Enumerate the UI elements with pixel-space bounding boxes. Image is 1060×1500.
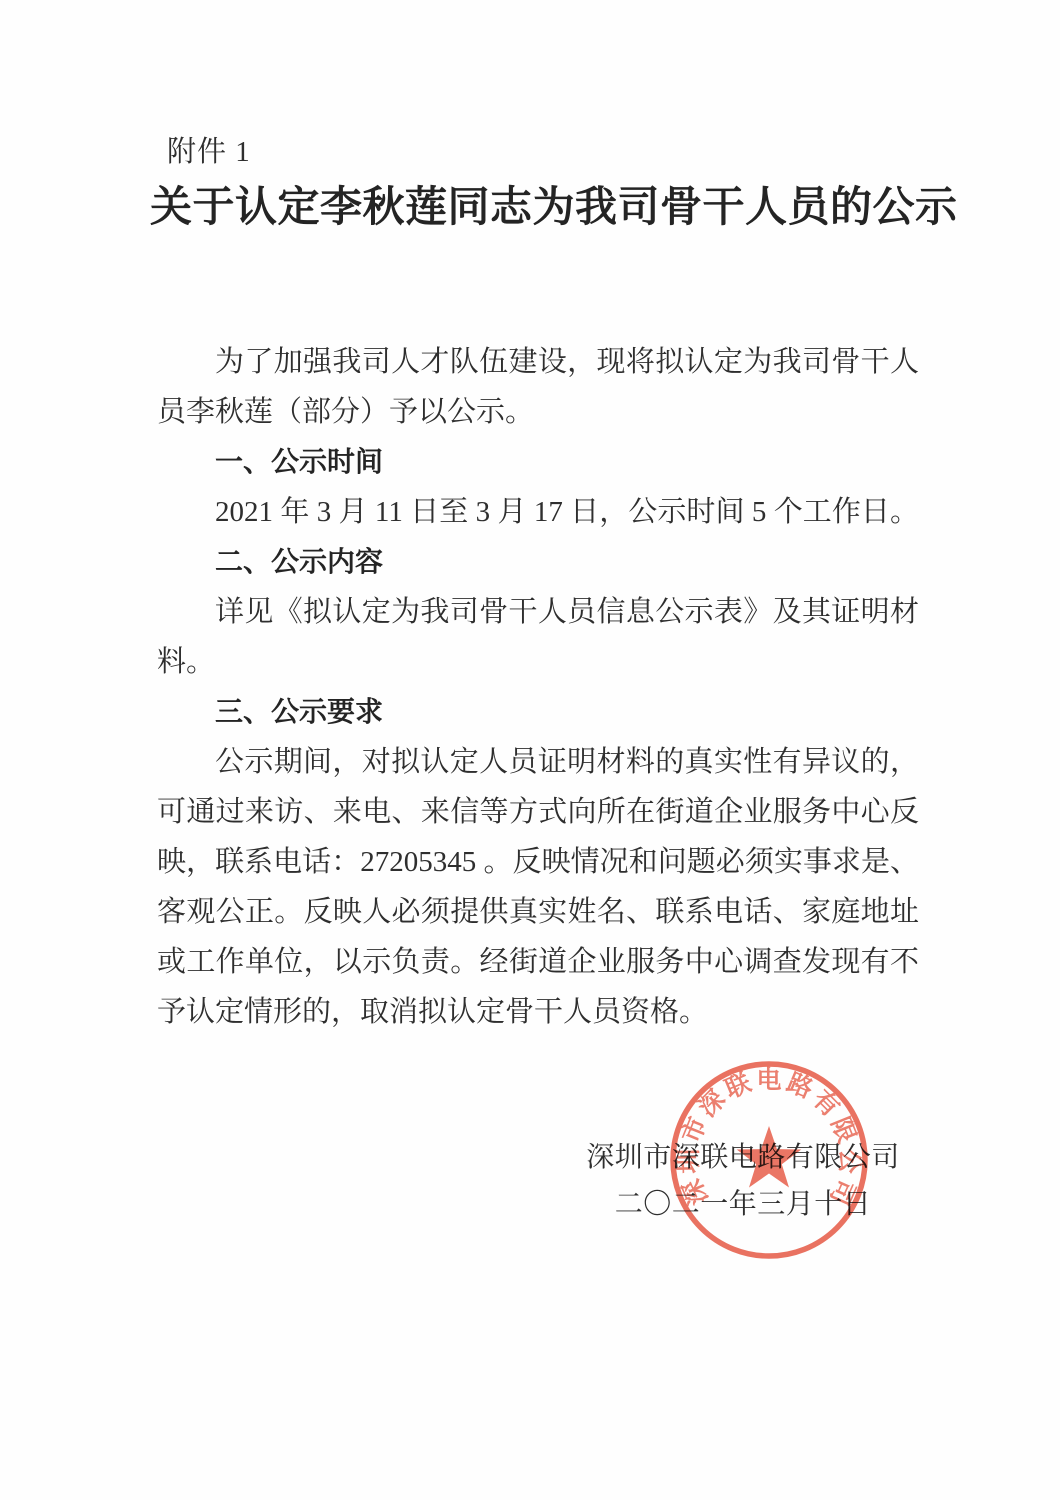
document-page: 附件 1 关于认定李秋莲同志为我司骨干人员的公示 为了加强我司人才队伍建设，现将…: [0, 0, 1060, 1500]
body-line: 公示期间，对拟认定人员证明材料的真实性有异议的，: [157, 737, 919, 787]
body-line: 料。: [157, 637, 919, 687]
body-line: 2021 年 3 月 11 日至 3 月 17 日，公示时间 5 个工作日。: [157, 487, 919, 537]
attachment-label: 附件 1: [167, 135, 251, 169]
signature-date: 二〇二一年三月十日: [583, 1181, 903, 1228]
document-body: 为了加强我司人才队伍建设，现将拟认定为我司骨干人员李秋莲（部分）予以公示。一、公…: [157, 337, 919, 1037]
body-line: 映，联系电话：27205345 。反映情况和问题必须实事求是、: [157, 837, 919, 887]
body-line: 可通过来访、来电、来信等方式向所在街道企业服务中心反: [157, 787, 919, 837]
body-line: 或工作单位，以示负责。经街道企业服务中心调查发现有不: [157, 937, 919, 987]
document-title: 关于认定李秋莲同志为我司骨干人员的公示: [150, 182, 916, 234]
body-line: 予认定情形的，取消拟认定骨干人员资格。: [157, 987, 919, 1037]
section-heading: 二、公示内容: [157, 537, 919, 587]
body-line: 详见《拟认定为我司骨干人员信息公示表》及其证明材: [157, 587, 919, 637]
signature-company: 深圳市深联电路有限公司: [583, 1134, 903, 1181]
body-line: 员李秋莲（部分）予以公示。: [157, 387, 919, 437]
section-heading: 三、公示要求: [157, 687, 919, 737]
body-line: 为了加强我司人才队伍建设，现将拟认定为我司骨干人: [157, 337, 919, 387]
signature-block: 深圳市深联电路有限公司 二〇二一年三月十日: [583, 1134, 903, 1228]
body-line: 客观公正。反映人必须提供真实姓名、联系电话、家庭地址: [157, 887, 919, 937]
section-heading: 一、公示时间: [157, 437, 919, 487]
